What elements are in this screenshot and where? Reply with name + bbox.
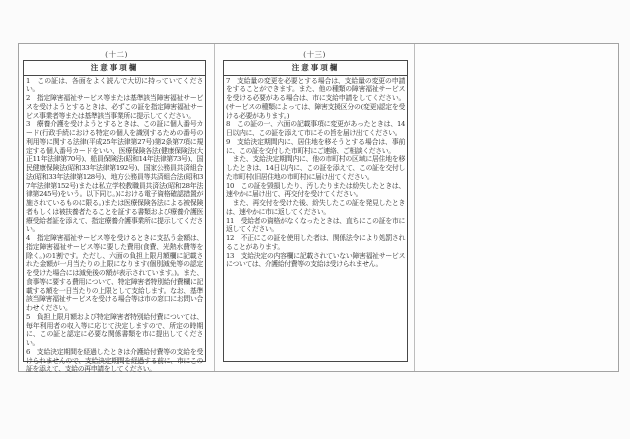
notes-header: 注意事項欄 [24, 61, 205, 76]
note-item: 2 指定障害福祉サービス等または基準該当障害福祉サービスを受けようとするときは、… [26, 94, 203, 120]
notes-header: 注意事項欄 [224, 61, 407, 76]
panel-empty [415, 44, 618, 371]
certificate-sheet: (十二) 注意事項欄 1 この証は、各面をよく読んで大切に持っていてください。 … [18, 43, 619, 372]
notes-table: 注意事項欄 7 支給量の変更を必要とする場合は、支給量の変更の申請をすることがで… [223, 60, 408, 362]
note-item: 9 支給決定期間内に、居住地を移そうとする場合は、事前に、この証を交付した市町村… [226, 138, 405, 182]
panel-number-label: (十三) [215, 49, 414, 60]
panel-thirteen: (十三) 注意事項欄 7 支給量の変更を必要とする場合は、支給量の変更の申請をす… [215, 44, 415, 371]
note-item: 3 療養介護を受けようとするときは、この証に個人番号カード(行政手続における特定… [26, 120, 203, 234]
note-item: 8 この証の一、六面の記載事項に変更があったときは、14日以内に、この証を添えて… [226, 120, 405, 138]
panel-twelve: (十二) 注意事項欄 1 この証は、各面をよく読んで大切に持っていてください。 … [19, 44, 215, 371]
note-item: 13 支給決定の内容欄に記載されていない障害福祉サービスについては、介護給付費等… [226, 252, 405, 270]
notes-table: 注意事項欄 1 この証は、各面をよく読んで大切に持っていてください。 2 指定障… [23, 60, 206, 362]
note-item: 11 受給者の資格がなくなったときは、直ちにこの証を市に返してください。 [226, 217, 405, 235]
scanned-document-page: { "page": { "colors": { "page_bg": "#fbf… [0, 0, 630, 439]
panel-number-label: (十二) [19, 49, 214, 60]
note-item: 4 指定障害福祉サービス等を受けるときに支払う金額は、指定障害福祉サービス等に要… [26, 234, 203, 313]
note-item: 5 負担上限月額および特定障害者特別給付費については、毎年利用者の収入等に応じて… [26, 313, 203, 348]
note-item: 1 この証は、各面をよく読んで大切に持っていてください。 [26, 77, 203, 95]
note-item: 12 不正にこの証を使用した者は、関係法令により処罰されることがあります。 [226, 234, 405, 252]
notes-body: 1 この証は、各面をよく読んで大切に持っていてください。 2 指定障害福祉サービ… [24, 76, 205, 375]
notes-body: 7 支給量の変更を必要とする場合は、支給量の変更の申請をすることができます。また… [224, 76, 407, 270]
note-item: 6 支給決定期間を経過したときは介護給付費等の支給を受けられませんので、支給決定… [26, 348, 203, 374]
note-item: 7 支給量の変更を必要とする場合は、支給量の変更の申請をすることができます。また… [226, 77, 405, 121]
note-item: 10 この証を毀損したり、汚したりまたは紛失したときは、速やかに届け出て、再交付… [226, 182, 405, 217]
